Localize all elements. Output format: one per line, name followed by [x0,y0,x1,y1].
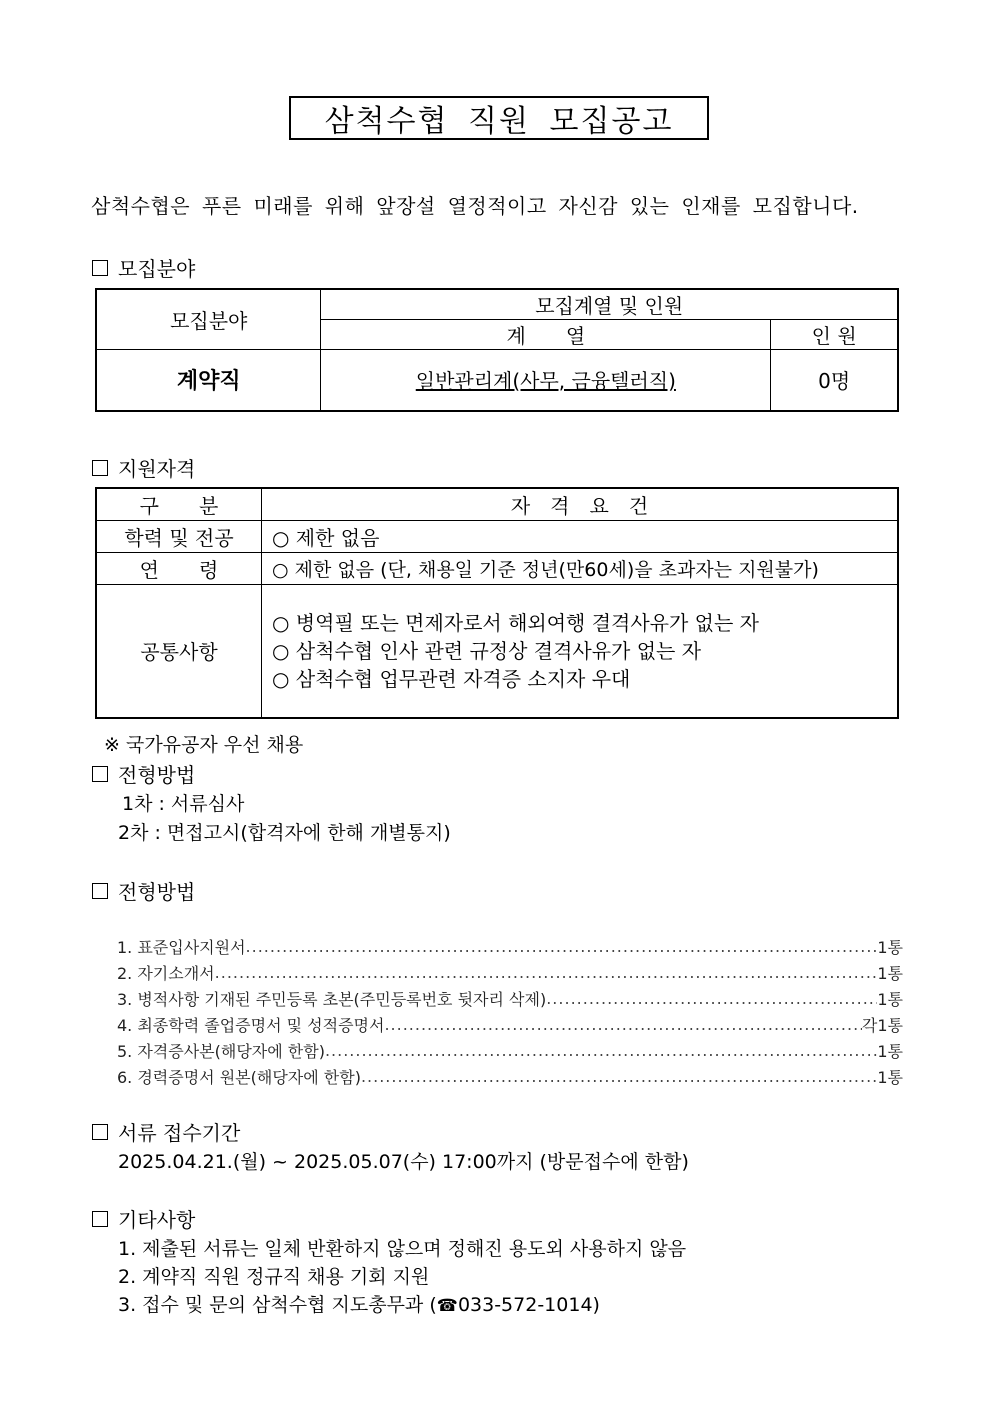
table-row: 계약직 일반관리계(사무, 금융텔러직) 0명 [96,350,898,411]
application-period: 2025.04.21.(월) ~ 2025.05.07(수) 17:00까지 (… [118,1147,689,1174]
document-qty: 1통 [877,935,903,958]
section-heading-label: 전형방법 [118,759,195,788]
cell-requirement-list: ○ 병역필 또는 면제자로서 해외여행 결격사유가 없는 자 ○ 삼척수협 인사… [262,584,899,718]
section-heading-qualification: 지원자격 [92,453,195,482]
document-label: 2. 자기소개서 [117,961,215,984]
section-heading-method: 전형방법 [92,759,195,788]
checkbox-square-icon [92,1124,108,1140]
leader-dots: ........................................… [215,963,878,982]
requirement-item: ○ 병역필 또는 면제자로서 해외여행 결격사유가 없는 자 [272,609,897,637]
method-step: 2차 : 면접고시(합격자에 한해 개별통지) [118,818,451,845]
cell-category: 학력 및 전공 [96,520,262,552]
cell-category: 연 령 [96,552,262,584]
checkbox-square-icon [92,1211,108,1227]
section-heading-label: 지원자격 [118,453,195,482]
section-heading-label: 서류 접수기간 [118,1117,240,1146]
etc-item: 1. 제출된 서류는 일체 반환하지 않으며 정해진 용도외 사용하지 않음 [118,1234,686,1261]
section-heading-label: 기타사항 [118,1204,195,1233]
section-heading-recruit: 모집분야 [92,253,195,282]
leader-dots: ........................................… [325,1041,877,1060]
header-group: 모집계열 및 인원 [321,289,898,320]
phone-icon: ☎ [437,1296,458,1316]
document-label: 3. 병적사항 기재된 주민등록 초본(주민등록번호 뒷자리 삭제) [117,987,546,1010]
section-heading-documents: 전형방법 [92,876,195,905]
document-qty: 1통 [877,987,903,1010]
section-heading-period: 서류 접수기간 [92,1117,240,1146]
section-heading-etc: 기타사항 [92,1204,195,1233]
header-requirements: 자 격 요 건 [262,488,899,520]
requirement-item: ○ 삼척수협 인사 관련 규정상 결격사유가 없는 자 [272,637,897,665]
document-qty: 1통 [877,1065,903,1088]
list-item: 1. 표준입사지원서 .............................… [117,933,903,959]
list-item: 2. 자기소개서 ...............................… [117,959,903,985]
list-item: 5. 자격증사본(해당자에 한함) ......................… [117,1037,903,1063]
header-count: 인 원 [771,320,898,350]
method-step: 1차 : 서류심사 [122,789,244,816]
document-label: 5. 자격증사본(해당자에 한함) [117,1039,325,1062]
cell-series: 일반관리계(사무, 금융텔러직) [321,350,771,411]
cell-category: 공통사항 [96,584,262,718]
leader-dots: ........................................… [546,989,877,1008]
document-qty: 1통 [877,1039,903,1062]
header-category: 구 분 [96,488,262,520]
veteran-note: ※ 국가유공자 우선 채용 [104,730,303,757]
table-row: 연 령 ○ 제한 없음 (단, 채용일 기준 정년(만60세)을 초과자는 지원… [96,552,898,584]
cell-count: 0명 [771,350,898,411]
cell-requirement: ○ 제한 없음 [262,520,899,552]
header-series: 계 열 [321,320,771,350]
cell-requirement: ○ 제한 없음 (단, 채용일 기준 정년(만60세)을 초과자는 지원불가) [262,552,899,584]
checkbox-square-icon [92,460,108,476]
recruit-table: 모집분야 모집계열 및 인원 계 열 인 원 계약직 일반관리계(사무, 금융텔… [95,288,899,412]
section-heading-label: 모집분야 [118,253,195,282]
section-heading-label: 전형방법 [118,876,195,905]
document-qty: 각1통 [862,1013,903,1036]
list-item: 6. 경력증명서 원본(해당자에 한함) ...................… [117,1063,903,1089]
document-label: 6. 경력증명서 원본(해당자에 한함) [117,1065,361,1088]
checkbox-square-icon [92,883,108,899]
list-item: 4. 최종학력 졸업증명서 및 성적증명서 ..................… [117,1011,903,1037]
table-row: 학력 및 전공 ○ 제한 없음 [96,520,898,552]
intro-text: 삼척수협은 푸른 미래를 위해 앞장설 열정적이고 자신감 있는 인재를 모집합… [91,190,859,219]
leader-dots: ........................................… [384,1015,861,1034]
etc-item-contact: 3. 접수 및 문의 삼척수협 지도총무과 (☎033-572-1014) [118,1290,600,1317]
documents-list: 1. 표준입사지원서 .............................… [117,933,903,1089]
qualification-table: 구 분 자 격 요 건 학력 및 전공 ○ 제한 없음 연 령 ○ 제한 없음 … [95,487,899,719]
header-field: 모집분야 [96,289,321,350]
phone-number: 033-572-1014) [458,1294,600,1316]
etc-item: 2. 계약직 직원 정규직 채용 기회 지원 [118,1262,429,1289]
document-label: 4. 최종학력 졸업증명서 및 성적증명서 [117,1013,384,1036]
checkbox-square-icon [92,766,108,782]
table-row: 공통사항 ○ 병역필 또는 면제자로서 해외여행 결격사유가 없는 자 ○ 삼척… [96,584,898,718]
leader-dots: ........................................… [246,937,878,956]
requirement-item: ○ 삼척수협 업무관련 자격증 소지자 우대 [272,665,897,693]
checkbox-square-icon [92,260,108,276]
list-item: 3. 병적사항 기재된 주민등록 초본(주민등록번호 뒷자리 삭제) .....… [117,985,903,1011]
document-qty: 1통 [877,961,903,984]
cell-field: 계약직 [96,350,321,411]
contact-label: 3. 접수 및 문의 삼척수협 지도총무과 ( [118,1294,437,1316]
document-label: 1. 표준입사지원서 [117,935,246,958]
leader-dots: ........................................… [361,1067,877,1086]
page-title: 삼척수협 직원 모집공고 [289,96,709,140]
